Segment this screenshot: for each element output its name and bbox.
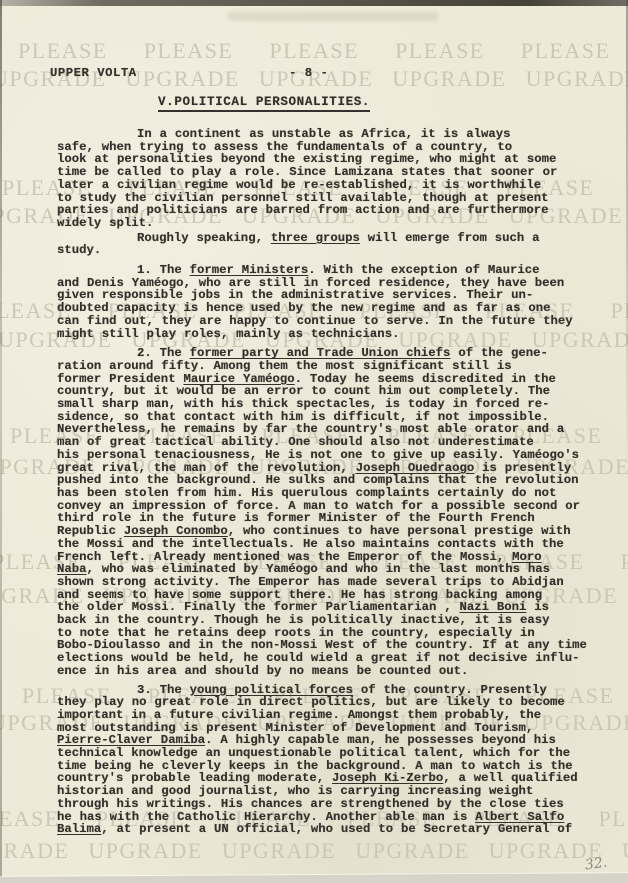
watermark-word: UPGRADE	[526, 68, 628, 90]
text-run: In a continent as unstable as Africa, it…	[57, 127, 557, 230]
watermark-row: UPGRADEUPGRADEUPGRADEUPGRADEUPGRADEUPGRA…	[0, 840, 628, 862]
paragraph-4: 2. The former party and Trade Union chie…	[57, 347, 603, 677]
watermark-word: UPGRADE	[222, 840, 336, 862]
section-title: V.POLITICAL PERSONALITIES.	[158, 95, 370, 112]
page-number: - 8 -	[289, 66, 328, 80]
text-run: . With the exception of Maurice and Deni…	[57, 263, 573, 341]
paragraph-3: 1. The former Ministers. With the except…	[57, 264, 603, 340]
watermark-word: UPGRADE	[392, 68, 506, 90]
scan-edge-bottom	[0, 873, 628, 883]
watermark-word: PLEASE	[620, 551, 628, 573]
scan-edge-top	[0, 0, 628, 6]
watermark-word: UPGRADE	[125, 68, 239, 90]
watermark-word: PLEASE	[521, 40, 611, 62]
watermark-word: UPGRADE	[622, 840, 628, 862]
document-page: PLEASEPLEASEPLEASEPLEASEPLEASEPLEASEUPGR…	[0, 0, 628, 883]
watermark-word: UPGRADE	[88, 840, 202, 862]
watermark-word: PLEASE	[269, 40, 359, 62]
scan-edge-left	[0, 0, 2, 883]
watermark-word: PLEASE	[18, 40, 108, 62]
handwritten-page-number: 32.	[584, 855, 608, 874]
paragraph-1: In a continent as unstable as Africa, it…	[57, 128, 603, 230]
underlined-text: Balima	[57, 822, 101, 836]
watermark-row: PLEASEPLEASEPLEASEPLEASEPLEASEPLEASE	[18, 40, 628, 62]
text-run: . Today he seems discredited in the coun…	[57, 372, 579, 475]
paragraph-5: 3. The young political forces of the cou…	[57, 684, 603, 836]
watermark-word: PLEASE	[0, 808, 60, 830]
watermark-word: UPGRADE	[0, 840, 69, 862]
text-run: , at present a UN official, who used to …	[101, 822, 572, 836]
body-paragraphs: In a continent as unstable as Africa, it…	[57, 128, 603, 836]
bleed-through-stamp	[228, 12, 438, 21]
paragraph-2: Roughly speaking, three groups will emer…	[57, 232, 603, 257]
underlined-text: three groups	[271, 231, 360, 245]
text-run: Roughly speaking,	[137, 231, 271, 245]
watermark-word: PLEASE	[395, 40, 485, 62]
watermark-word: UPGRADE	[355, 840, 469, 862]
watermark-word: PLEASE	[144, 40, 234, 62]
header-country-label: UPPER VOLTA	[50, 66, 137, 80]
